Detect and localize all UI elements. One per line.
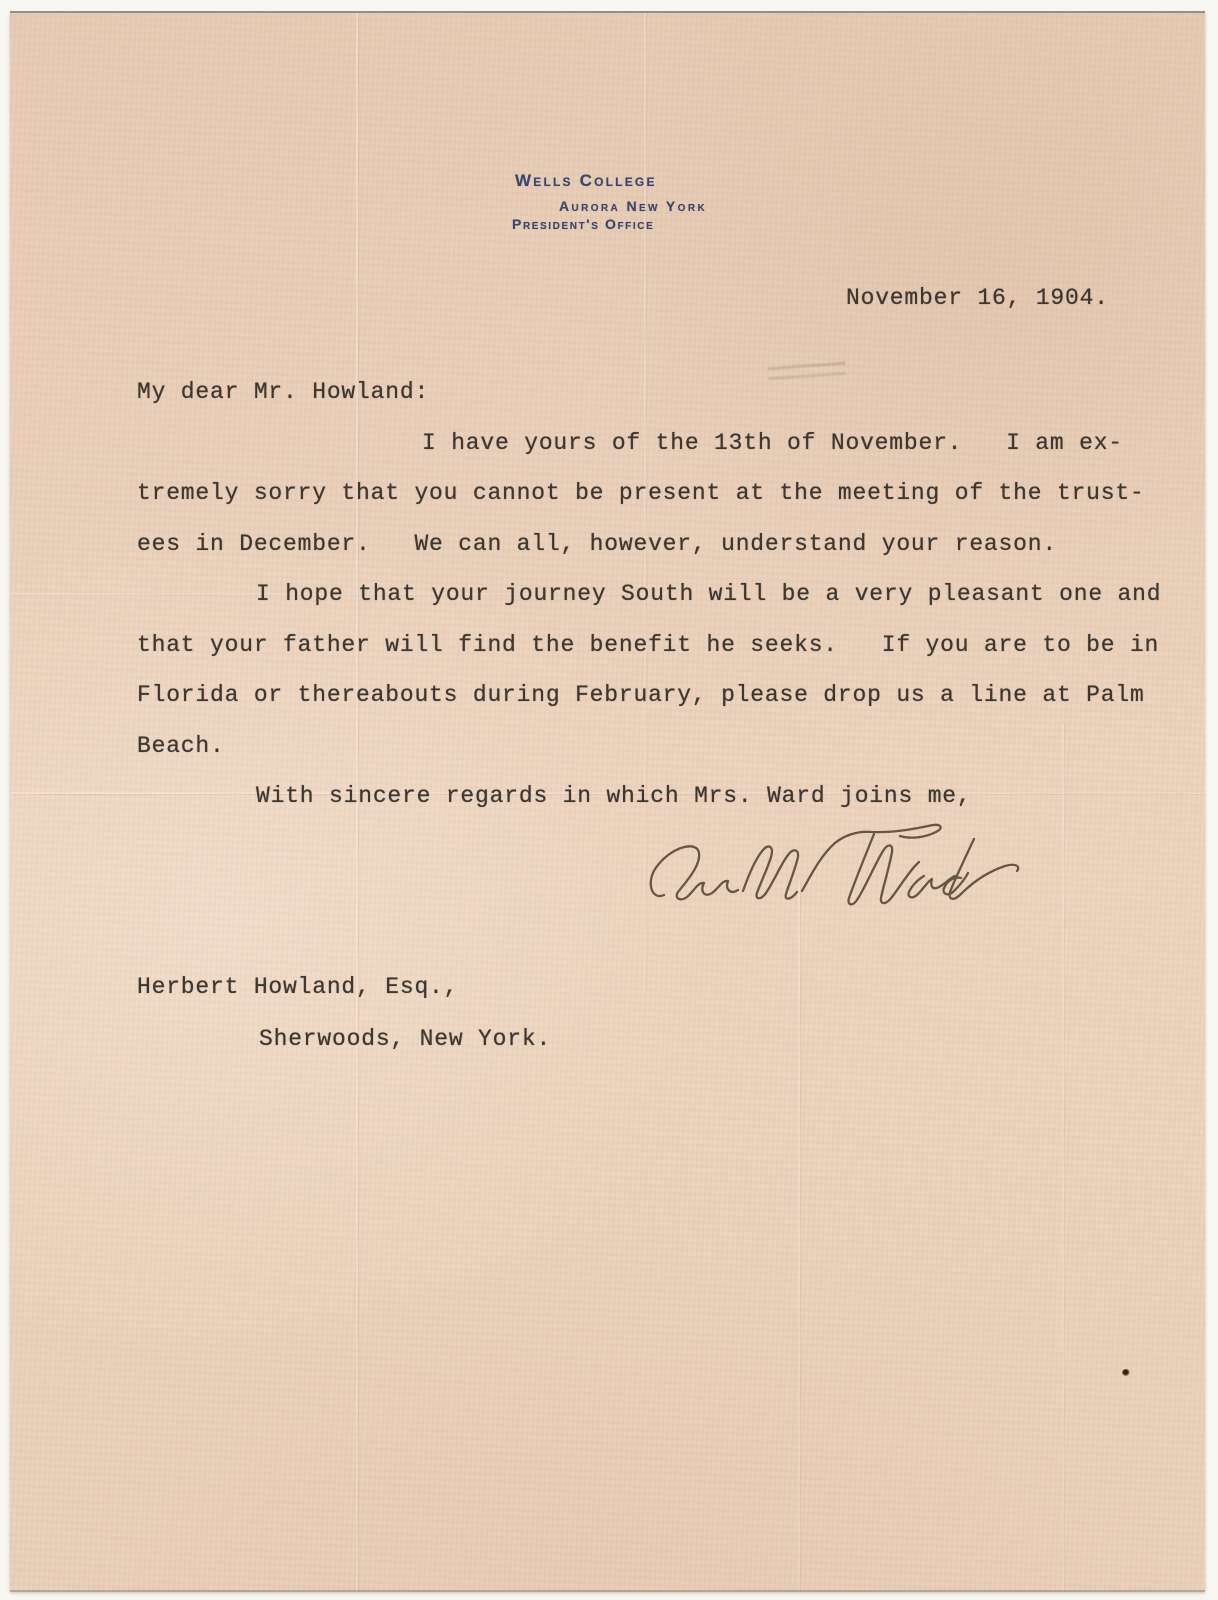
body-line: that your father will find the benefit h… bbox=[137, 620, 1161, 671]
date-line: November 16, 1904. bbox=[846, 285, 1109, 311]
recipient-name: Herbert Howland, Esq., bbox=[137, 974, 458, 1000]
body-line: tremely sorry that you cannot be present… bbox=[137, 468, 1161, 519]
salutation: My dear Mr. Howland: bbox=[137, 367, 1161, 418]
letterhead-college-name: Wells College bbox=[515, 171, 657, 191]
letter-body: My dear Mr. Howland: I have yours of the… bbox=[137, 367, 1161, 822]
letterhead-office: President's Office bbox=[512, 216, 654, 232]
body-line: I hope that your journey South will be a… bbox=[137, 569, 1161, 620]
body-line: I have yours of the 13th of November. I … bbox=[137, 418, 1161, 469]
body-line: Florida or thereabouts during February, … bbox=[137, 670, 1161, 721]
ink-spot bbox=[1122, 1369, 1130, 1376]
letterhead-location: Aurora New York bbox=[559, 198, 707, 214]
recipient-address: Sherwoods, New York. bbox=[259, 1026, 551, 1052]
body-line: Beach. bbox=[137, 721, 1161, 772]
closing-line: With sincere regards in which Mrs. Ward … bbox=[137, 771, 1161, 822]
signature-ink-strokes bbox=[640, 821, 1040, 931]
letter-paper: Wells College Aurora New York President'… bbox=[10, 13, 1205, 1592]
handwritten-signature bbox=[640, 821, 1040, 931]
body-line: ees in December. We can all, however, un… bbox=[137, 519, 1161, 570]
document-scan: Wells College Aurora New York President'… bbox=[0, 0, 1218, 1600]
